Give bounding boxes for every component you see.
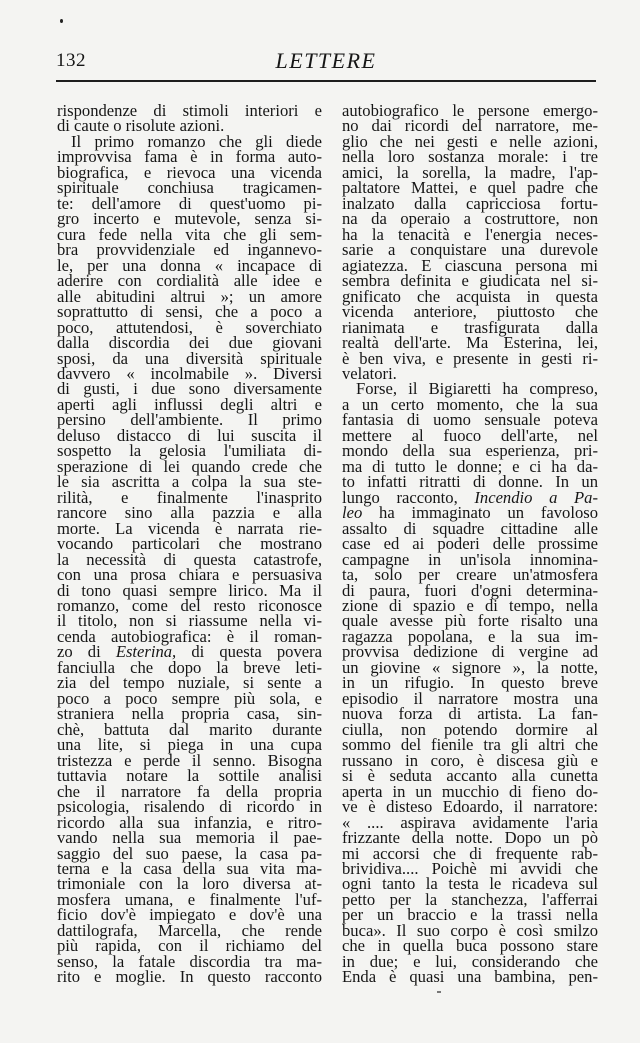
page-header: 132 LETTERE bbox=[56, 48, 596, 76]
right-column: autobiografico le persone emergo-no dai … bbox=[342, 103, 598, 985]
text-line: Enda è quasi una bambina, pen- bbox=[342, 969, 598, 984]
print-speck bbox=[437, 991, 441, 993]
left-column: rispondenze di stimoli interiori edi cau… bbox=[57, 103, 322, 985]
running-head: LETTERE bbox=[56, 48, 596, 74]
text-line: rito e moglie. In questo racconto bbox=[57, 969, 322, 984]
print-speck bbox=[60, 19, 63, 23]
header-rule bbox=[56, 80, 596, 82]
